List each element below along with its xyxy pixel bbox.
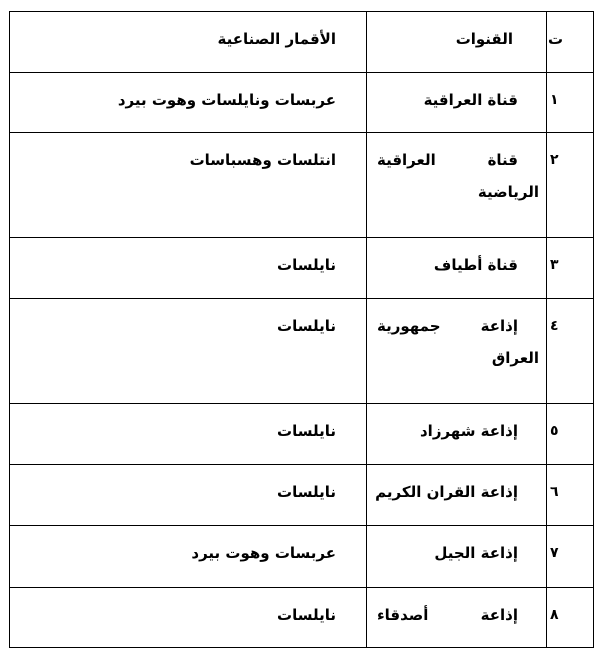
row-3-index: ٣: [550, 249, 559, 281]
table-border-bottom: [9, 647, 594, 648]
row-7-index: ٧: [550, 537, 559, 569]
row-7-satellites: عربسات وهوت بيرد: [49, 537, 336, 569]
row-2-channel-line1: قناة العراقية: [377, 144, 518, 176]
row-divider: [9, 587, 594, 588]
column-divider: [366, 11, 367, 648]
row-1-index: ١: [550, 84, 559, 116]
row-4-channel-line1: إذاعة جمهورية: [377, 310, 518, 342]
row-divider: [9, 403, 594, 404]
row-8-index: ٨: [550, 599, 559, 631]
row-8-channel: إذاعة أصدقاء: [377, 599, 518, 631]
row-3-satellites: نايلسات: [49, 249, 336, 281]
row-2-channel-word-2: العراقية: [377, 144, 436, 176]
table-border-left: [9, 11, 10, 648]
row-divider: [9, 525, 594, 526]
row-4-index: ٤: [550, 310, 559, 342]
row-4-channel-line2: العراق: [389, 342, 539, 374]
row-4-channel-word-1: إذاعة: [481, 310, 518, 342]
row-5-satellites: نايلسات: [49, 415, 336, 447]
row-divider: [9, 298, 594, 299]
row-4-satellites: نايلسات: [49, 310, 336, 342]
header-satellites: الأقمار الصناعية: [159, 23, 336, 55]
row-divider: [9, 72, 594, 73]
row-2-channel-line2: الرياضية: [389, 176, 539, 208]
table-border-top: [9, 11, 594, 12]
row-6-satellites: نايلسات: [49, 476, 336, 508]
row-4-channel-word-2: جمهورية: [377, 310, 441, 342]
row-2-satellites: انتلسات وهسباسات: [49, 144, 336, 176]
header-channels: القنوات: [389, 23, 513, 55]
row-8-channel-word-2: أصدقاء: [377, 599, 428, 631]
row-1-satellites: عربسات ونايلسات وهوت بيرد: [49, 84, 336, 116]
row-7-channel: إذاعة الجيل: [389, 537, 518, 569]
row-8-channel-word-1: إذاعة: [481, 599, 518, 631]
row-6-index: ٦: [550, 476, 559, 508]
row-divider: [9, 132, 594, 133]
header-index: ت: [548, 23, 562, 55]
row-5-index: ٥: [550, 415, 559, 447]
row-8-satellites: نايلسات: [49, 599, 336, 631]
channels-table: ت القنوات الأقمار الصناعية ١ قناة العراق…: [9, 11, 593, 647]
row-3-channel: قناة أطياف: [389, 249, 518, 281]
row-divider: [9, 237, 594, 238]
row-5-channel: إذاعة شهرزاد: [389, 415, 518, 447]
table-border-right: [593, 11, 594, 648]
row-1-channel: قناة العراقية: [389, 84, 518, 116]
row-divider: [9, 464, 594, 465]
column-divider: [546, 11, 547, 648]
row-2-channel-word-1: قناة: [488, 144, 518, 176]
row-6-channel: إذاعة القران الكريم: [377, 476, 518, 508]
row-2-index: ٢: [550, 144, 559, 176]
